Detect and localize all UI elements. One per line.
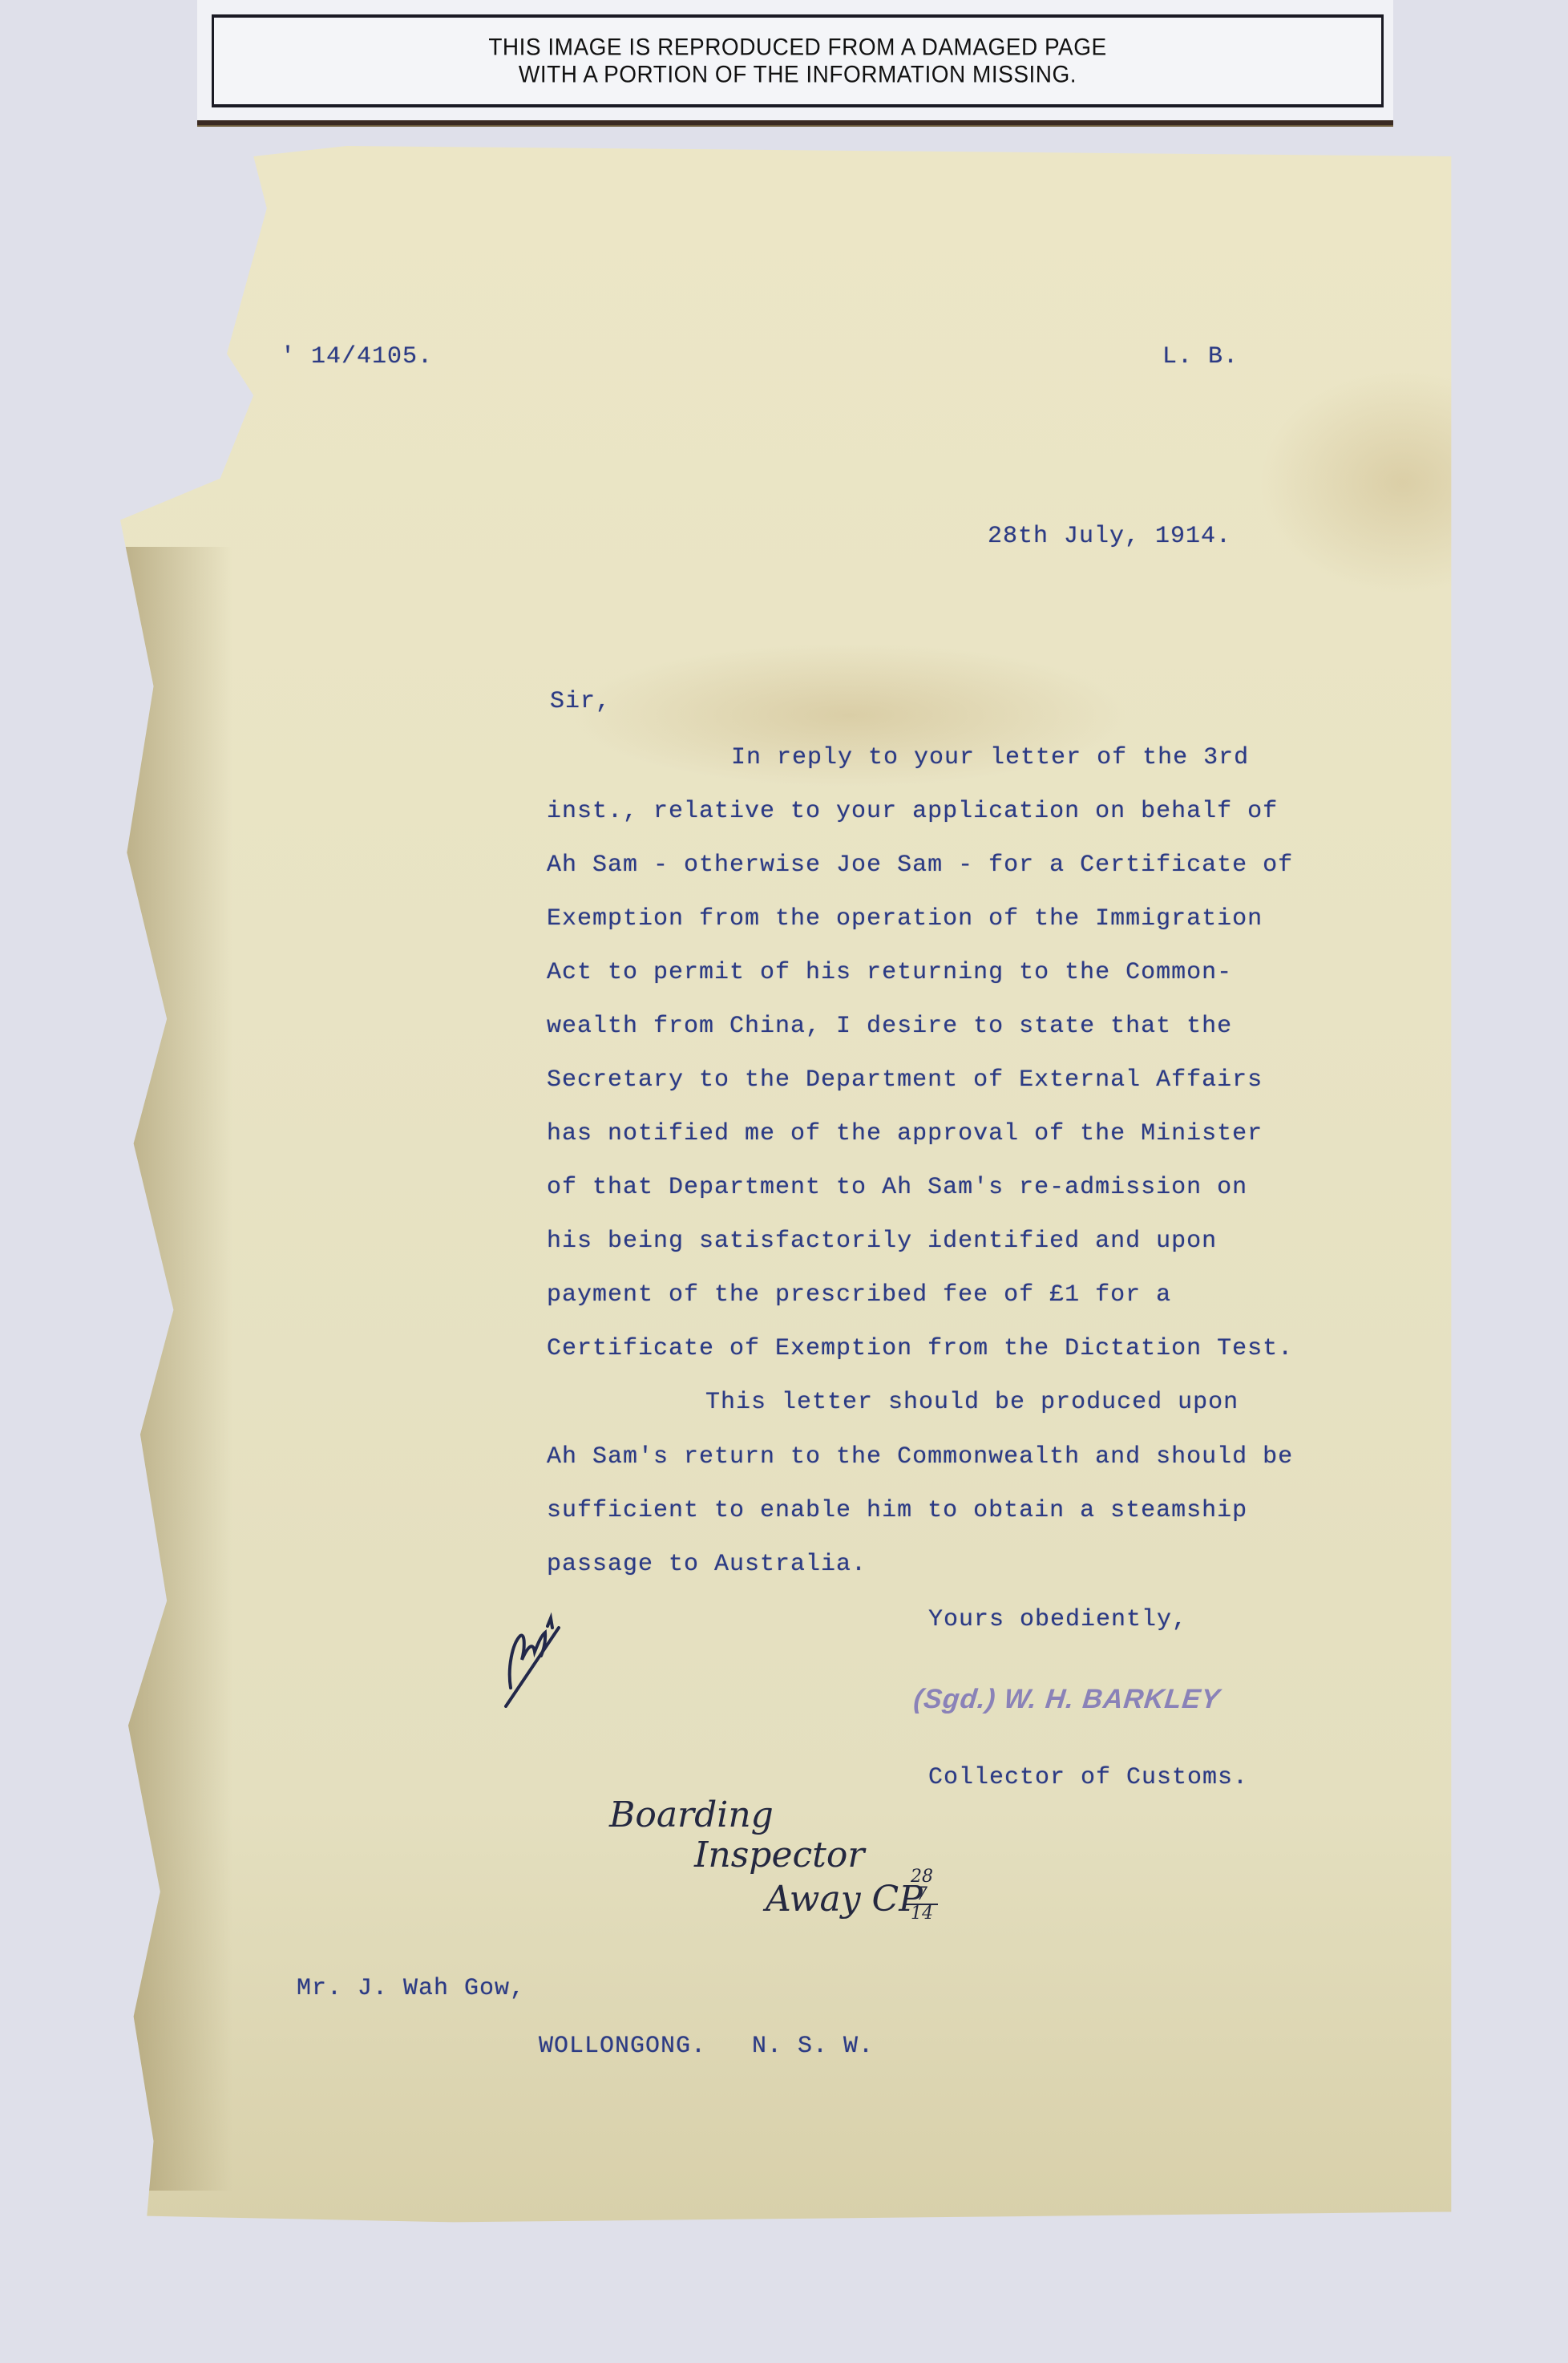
signature-stamp: (Sgd.) W. H. BARKLEY	[912, 1684, 1222, 1715]
body-line: Ah Sam - otherwise Joe Sam - for a Certi…	[547, 852, 1293, 879]
body-line: Certificate of Exemption from the Dictat…	[547, 1335, 1293, 1362]
handwritten-date-year: 14	[906, 1904, 938, 1923]
page-edge-damage	[120, 547, 232, 2191]
handwritten-note-line-1: Boarding	[609, 1796, 774, 1835]
body-line: his being satisfactorily identified and …	[547, 1228, 1217, 1255]
body-line: passage to Australia.	[547, 1551, 867, 1578]
body-line: Act to permit of his returning to the Co…	[547, 959, 1232, 986]
body-line: Exemption from the operation of the Immi…	[547, 905, 1263, 933]
addressee-place: WOLLONGONG. N. S. W.	[539, 2033, 874, 2060]
handwritten-note-line-2: Inspector	[694, 1836, 864, 1875]
body-line: payment of the prescribed fee of £1 for …	[547, 1281, 1171, 1309]
body-line: inst., relative to your application on b…	[547, 798, 1278, 825]
body-line: Ah Sam's return to the Commonwealth and …	[547, 1443, 1293, 1471]
body-line: of that Department to Ah Sam's re-admiss…	[547, 1174, 1247, 1201]
handwritten-date-month: 7	[906, 1886, 938, 1904]
letter-date: 28th July, 1914.	[988, 523, 1231, 550]
office-initials: L. B.	[1162, 343, 1239, 370]
handwritten-initials-icon	[501, 1612, 573, 1708]
salutation: Sir,	[550, 688, 611, 715]
body-line: This letter should be produced upon	[705, 1389, 1239, 1416]
handwritten-date-day: 28	[906, 1868, 938, 1886]
body-line: sufficient to enable him to obtain a ste…	[547, 1497, 1247, 1524]
body-line: Secretary to the Department of External …	[547, 1066, 1263, 1094]
notice-frame: THIS IMAGE IS REPRODUCED FROM A DAMAGED …	[212, 14, 1384, 107]
notice-line-2: WITH A PORTION OF THE INFORMATION MISSIN…	[519, 60, 1077, 89]
closing: Yours obediently,	[928, 1606, 1187, 1633]
addressee-name: Mr. J. Wah Gow,	[297, 1975, 525, 2002]
handwritten-date: 28 7 14	[906, 1868, 938, 1923]
handwritten-note-line-3: Away CP	[766, 1880, 923, 1919]
body-line: has notified me of the approval of the M…	[547, 1120, 1263, 1147]
water-stain	[1259, 370, 1547, 595]
signatory-title: Collector of Customs.	[928, 1764, 1248, 1791]
damaged-page-notice: THIS IMAGE IS REPRODUCED FROM A DAMAGED …	[197, 0, 1393, 125]
body-line: In reply to your letter of the 3rd	[731, 744, 1249, 771]
notice-line-1: THIS IMAGE IS REPRODUCED FROM A DAMAGED …	[488, 33, 1106, 62]
file-reference: ' 14/4105.	[281, 343, 433, 370]
body-line: wealth from China, I desire to state tha…	[547, 1013, 1232, 1040]
